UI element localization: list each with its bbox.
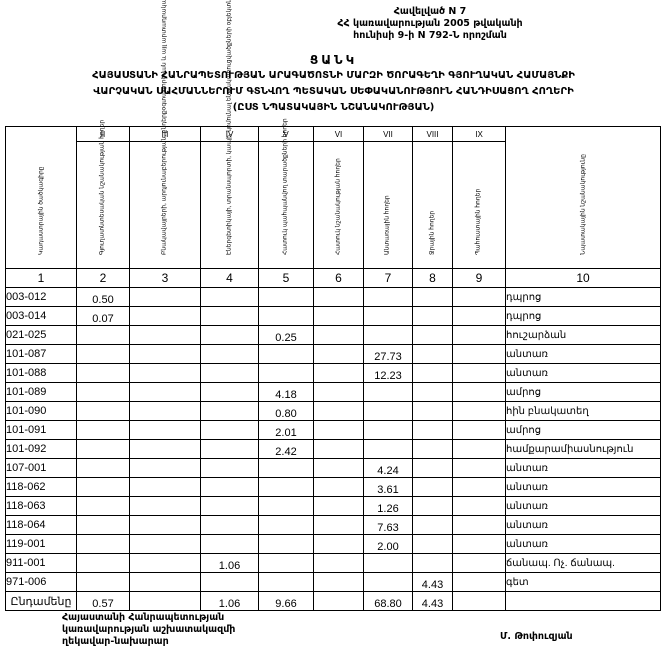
area-value xyxy=(77,326,130,345)
area-value xyxy=(201,326,259,345)
area-value xyxy=(413,383,453,402)
area-value xyxy=(453,535,506,554)
area-value xyxy=(201,497,259,516)
column-number: 10 xyxy=(506,269,661,288)
column-header-5: Հատուկ պահպանվող տարածքների հողեր xyxy=(259,142,314,269)
area-value xyxy=(364,383,413,402)
area-value xyxy=(259,307,314,326)
area-value xyxy=(77,364,130,383)
total-label: Ընդամենը xyxy=(6,592,77,611)
area-value: 1.06 xyxy=(201,592,259,611)
cadastral-code: 101-090 xyxy=(6,402,77,421)
purpose-description xyxy=(506,592,661,611)
column-header-4: Էներգետիկայի, տրանսպորտի, կապի, կոմունալ… xyxy=(201,142,259,269)
area-value: 4.24 xyxy=(364,459,413,478)
total-row: Ընդամենը0.571.069.6668.804.43 xyxy=(6,592,661,611)
area-value xyxy=(201,345,259,364)
area-value xyxy=(201,383,259,402)
area-value: 0.50 xyxy=(77,288,130,307)
area-value xyxy=(453,326,506,345)
area-value: 3.61 xyxy=(364,478,413,497)
purpose-description: անտառ xyxy=(506,535,661,554)
area-value xyxy=(201,459,259,478)
purpose-description: հին բնակատեղ xyxy=(506,402,661,421)
area-value xyxy=(130,307,201,326)
document-title: ՑԱՆԿ ՀԱՅԱՍՏԱՆԻ ՀԱՆՐԱՊԵՏՈՒԹՅԱՆ ԱՐԱԳԱԾՈՏՆԻ… xyxy=(0,53,667,116)
table-row: 118-0623.61անտառ xyxy=(6,478,661,497)
cadastral-code: 021-025 xyxy=(6,326,77,345)
purpose-description: անտառ xyxy=(506,478,661,497)
area-value xyxy=(314,288,364,307)
area-value xyxy=(413,307,453,326)
area-value xyxy=(259,516,314,535)
area-value xyxy=(77,421,130,440)
appendix-reference: Հավելված N 7 ՀՀ կառավարության 2005 թվակա… xyxy=(330,6,530,42)
cadastral-code: 101-087 xyxy=(6,345,77,364)
table-row: 101-08812.23անտառ xyxy=(6,364,661,383)
area-value: 27.73 xyxy=(364,345,413,364)
area-value: 0.57 xyxy=(77,592,130,611)
area-value xyxy=(130,573,201,592)
column-number: 8 xyxy=(413,269,453,288)
column-number: 2 xyxy=(77,269,130,288)
area-value xyxy=(259,288,314,307)
title-line: ՀԱՅԱՍՏԱՆԻ ՀԱՆՐԱՊԵՏՈՒԹՅԱՆ ԱՐԱԳԱԾՈՏՆԻ ՄԱՐԶ… xyxy=(0,68,667,84)
column-header-1: Կադաստրային ծածկագիրը xyxy=(6,127,77,269)
area-value xyxy=(130,459,201,478)
column-number: 4 xyxy=(201,269,259,288)
area-value xyxy=(314,307,364,326)
area-value xyxy=(413,459,453,478)
cadastral-code: 101-091 xyxy=(6,421,77,440)
column-header-8: Ջրային հողեր xyxy=(413,142,453,269)
area-value xyxy=(77,497,130,516)
area-value: 68.80 xyxy=(364,592,413,611)
area-value xyxy=(130,345,201,364)
area-value xyxy=(453,364,506,383)
area-value xyxy=(314,364,364,383)
purpose-description: անտառ xyxy=(506,364,661,383)
area-value xyxy=(413,478,453,497)
area-value xyxy=(130,497,201,516)
area-value xyxy=(453,288,506,307)
title-line: (ԸՍՏ ՆՊԱՏԱԿԱՅԻՆ ՆՇԱՆԱԿՈՒԹՅԱՆ) xyxy=(0,100,667,116)
area-value xyxy=(77,345,130,364)
area-value xyxy=(259,459,314,478)
purpose-description: հուշարձան xyxy=(506,326,661,345)
cadastral-code: 101-088 xyxy=(6,364,77,383)
area-value: 12.23 xyxy=(364,364,413,383)
appendix-line: Հավելված N 7 xyxy=(330,6,530,18)
area-value xyxy=(453,516,506,535)
cadastral-code: 107-001 xyxy=(6,459,77,478)
area-value xyxy=(130,554,201,573)
area-value: 0.80 xyxy=(259,402,314,421)
area-value xyxy=(364,421,413,440)
appendix-line: հունիսի 9-ի N 792-Ն որոշման xyxy=(330,30,530,42)
purpose-description: անտառ xyxy=(506,459,661,478)
purpose-description: դպրոց xyxy=(506,288,661,307)
area-value xyxy=(314,497,364,516)
area-value xyxy=(413,497,453,516)
table-row: 101-0912.01ամրոց xyxy=(6,421,661,440)
area-value xyxy=(314,326,364,345)
area-value: 2.00 xyxy=(364,535,413,554)
area-value xyxy=(130,288,201,307)
table-row: 101-0922.42համքարամիասնություն xyxy=(6,440,661,459)
area-value: 1.06 xyxy=(201,554,259,573)
area-value xyxy=(314,516,364,535)
column-header-6: Հատուկ նշանակության հողեր xyxy=(314,142,364,269)
area-value xyxy=(314,345,364,364)
cadastral-code: 118-064 xyxy=(6,516,77,535)
area-value xyxy=(314,459,364,478)
table-row: 003-0120.50դպրոց xyxy=(6,288,661,307)
area-value: 7.63 xyxy=(364,516,413,535)
area-value xyxy=(364,402,413,421)
cadastral-code: 101-092 xyxy=(6,440,77,459)
roman-numeral: VII xyxy=(364,127,413,142)
area-value xyxy=(453,478,506,497)
purpose-description: համքարամիասնություն xyxy=(506,440,661,459)
area-value: 2.01 xyxy=(259,421,314,440)
cadastral-code: 911-001 xyxy=(6,554,77,573)
table-row: 119-0012.00անտառ xyxy=(6,535,661,554)
purpose-description: անտառ xyxy=(506,497,661,516)
area-value xyxy=(413,288,453,307)
column-number: 1 xyxy=(6,269,77,288)
area-value xyxy=(201,516,259,535)
area-value xyxy=(314,478,364,497)
area-value xyxy=(77,383,130,402)
area-value xyxy=(314,573,364,592)
area-value xyxy=(314,421,364,440)
land-list-table: Կադաստրային ծածկագիրը II III IV V VI VII… xyxy=(5,126,661,611)
area-value xyxy=(453,421,506,440)
area-value xyxy=(77,535,130,554)
area-value xyxy=(314,592,364,611)
area-value: 4.43 xyxy=(413,573,453,592)
area-value xyxy=(130,364,201,383)
table-row: 101-08727.73անտառ xyxy=(6,345,661,364)
area-value xyxy=(259,364,314,383)
area-value xyxy=(259,573,314,592)
area-value xyxy=(77,402,130,421)
column-header-2: Գյուղատնտեսական նշանակության հողեր xyxy=(77,142,130,269)
area-value xyxy=(364,440,413,459)
signatory-position-line: ղեկավար-նախարար xyxy=(62,636,235,648)
area-value xyxy=(364,573,413,592)
area-value xyxy=(77,516,130,535)
area-value: 1.26 xyxy=(364,497,413,516)
area-value xyxy=(201,307,259,326)
cadastral-code: 003-014 xyxy=(6,307,77,326)
table-row: 107-0014.24անտառ xyxy=(6,459,661,478)
area-value xyxy=(259,554,314,573)
area-value xyxy=(130,326,201,345)
area-value xyxy=(453,554,506,573)
area-value xyxy=(453,402,506,421)
area-value xyxy=(364,554,413,573)
roman-numeral: VI xyxy=(314,127,364,142)
area-value xyxy=(413,364,453,383)
area-value xyxy=(413,440,453,459)
column-number: 6 xyxy=(314,269,364,288)
area-value xyxy=(130,383,201,402)
area-value xyxy=(201,288,259,307)
area-value xyxy=(201,573,259,592)
purpose-description: ամրոց xyxy=(506,383,661,402)
area-value xyxy=(77,573,130,592)
area-value xyxy=(201,440,259,459)
area-value xyxy=(453,592,506,611)
signatory-position-line: Հայաստանի Հանրապետության xyxy=(62,612,235,624)
area-value xyxy=(77,478,130,497)
column-number: 3 xyxy=(130,269,201,288)
table-body: 003-0120.50դպրոց003-0140.07դպրոց021-0250… xyxy=(6,288,661,611)
area-value: 4.43 xyxy=(413,592,453,611)
area-value xyxy=(77,554,130,573)
column-header-9: Պահուստային հողեր xyxy=(453,142,506,269)
cadastral-code: 003-012 xyxy=(6,288,77,307)
area-value: 4.18 xyxy=(259,383,314,402)
cadastral-code: 118-062 xyxy=(6,478,77,497)
area-value xyxy=(201,535,259,554)
area-value xyxy=(453,573,506,592)
table-row: 971-0064.43գետ xyxy=(6,573,661,592)
area-value xyxy=(413,402,453,421)
area-value xyxy=(413,516,453,535)
area-value xyxy=(453,307,506,326)
area-value xyxy=(130,478,201,497)
purpose-description: ճանապ. Ոչ. ճանապ. xyxy=(506,554,661,573)
table-row: 021-0250.25հուշարձան xyxy=(6,326,661,345)
purpose-description: անտառ xyxy=(506,516,661,535)
area-value xyxy=(314,383,364,402)
area-value xyxy=(130,402,201,421)
column-header-3: Բնակավայրերի, արդյունաբերության, ընդերքօ… xyxy=(130,142,201,269)
area-value xyxy=(453,383,506,402)
column-number-row: 1 2 3 4 5 6 7 8 9 10 xyxy=(6,269,661,288)
area-value xyxy=(201,402,259,421)
purpose-description: դպրոց xyxy=(506,307,661,326)
signatory-position: Հայաստանի Հանրապետության կառավարության ա… xyxy=(62,612,235,648)
cadastral-code: 971-006 xyxy=(6,573,77,592)
area-value xyxy=(453,345,506,364)
area-value: 9.66 xyxy=(259,592,314,611)
area-value xyxy=(201,421,259,440)
table-row: 118-0647.63անտառ xyxy=(6,516,661,535)
area-value xyxy=(201,364,259,383)
table-row: 118-0631.26անտառ xyxy=(6,497,661,516)
area-value xyxy=(364,326,413,345)
area-value xyxy=(77,440,130,459)
title-heading: ՑԱՆԿ xyxy=(0,53,667,68)
area-value xyxy=(314,554,364,573)
area-value xyxy=(259,497,314,516)
area-value xyxy=(314,535,364,554)
cadastral-code: 101-089 xyxy=(6,383,77,402)
column-header-7: Անտառային հողեր xyxy=(364,142,413,269)
area-value xyxy=(364,288,413,307)
area-value xyxy=(259,535,314,554)
column-number: 5 xyxy=(259,269,314,288)
purpose-description: գետ xyxy=(506,573,661,592)
table-row: 003-0140.07դպրոց xyxy=(6,307,661,326)
area-value xyxy=(201,478,259,497)
area-value xyxy=(130,592,201,611)
column-number: 7 xyxy=(364,269,413,288)
purpose-description: անտառ xyxy=(506,345,661,364)
area-value xyxy=(314,440,364,459)
area-value xyxy=(259,345,314,364)
area-value xyxy=(453,440,506,459)
title-line: ՎԱՐՉԱԿԱՆ ՍԱՀՄԱՆՆԵՐՈՒՄ ԳՏՆՎՈՂ ՊԵՏԱԿԱՆ ՍԵՓ… xyxy=(0,84,667,100)
area-value xyxy=(130,421,201,440)
purpose-description: ամրոց xyxy=(506,421,661,440)
area-value xyxy=(413,345,453,364)
area-value xyxy=(259,478,314,497)
area-value: 2.42 xyxy=(259,440,314,459)
table-row: 101-0894.18ամրոց xyxy=(6,383,661,402)
area-value: 0.25 xyxy=(259,326,314,345)
table-row: 101-0900.80հին բնակատեղ xyxy=(6,402,661,421)
area-value xyxy=(453,459,506,478)
cadastral-code: 118-063 xyxy=(6,497,77,516)
roman-numeral: VIII xyxy=(413,127,453,142)
roman-numeral: IX xyxy=(453,127,506,142)
area-value xyxy=(413,326,453,345)
column-header-10: Նպատակային նշանակությունը xyxy=(506,127,661,269)
area-value xyxy=(314,402,364,421)
column-number: 9 xyxy=(453,269,506,288)
area-value xyxy=(364,307,413,326)
signatory-position-line: կառավարության աշխատակազմի xyxy=(62,624,235,636)
area-value xyxy=(130,440,201,459)
area-value xyxy=(413,535,453,554)
cadastral-code: 119-001 xyxy=(6,535,77,554)
area-value xyxy=(413,421,453,440)
area-value: 0.07 xyxy=(77,307,130,326)
area-value xyxy=(77,459,130,478)
table-row: 911-0011.06ճանապ. Ոչ. ճանապ. xyxy=(6,554,661,573)
signatory-name: Մ. Թոփուզյան xyxy=(500,631,573,642)
area-value xyxy=(130,535,201,554)
area-value xyxy=(413,554,453,573)
appendix-line: ՀՀ կառավարության 2005 թվականի xyxy=(330,18,530,30)
area-value xyxy=(130,516,201,535)
area-value xyxy=(453,497,506,516)
